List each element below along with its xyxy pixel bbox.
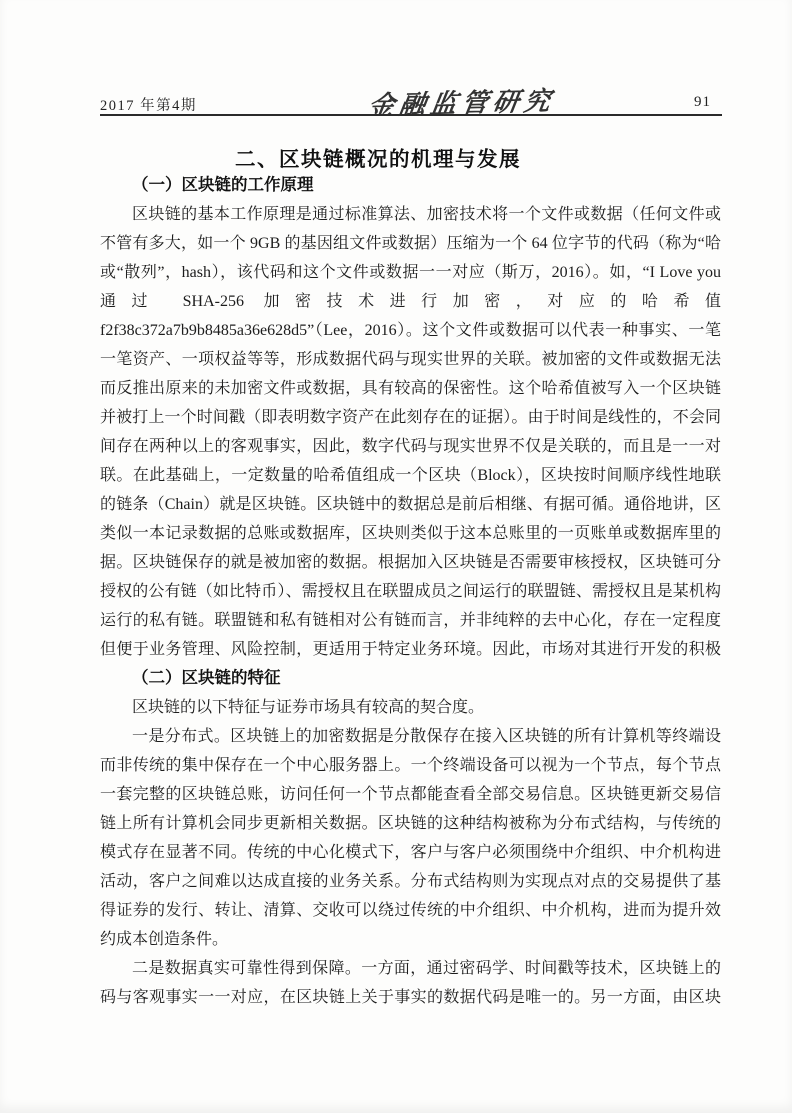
text-line: 约成本创造条件。 xyxy=(100,925,721,954)
article-body: （一）区块链的工作原理区块链的基本工作原理是通过标准算法、加密技术将一个文件或数… xyxy=(100,171,721,1012)
text-line: f2f38c372a7b9b8485a36e628d5”（Lee，2016）。这… xyxy=(100,316,721,345)
text-line: 得证券的发行、转让、清算、交收可以绕过传统的中介组织、中介机构，进而为提升效率、… xyxy=(100,896,721,925)
text-line: 不管有多大，如一个 9GB 的基因组文件或数据）压缩为一个 64 位字节的代码（… xyxy=(100,229,721,258)
text-line: 区块链的以下特征与证券市场具有较高的契合度。 xyxy=(100,693,721,722)
text-line: 而非传统的集中保存在一个中心服务器上。一个终端设备可以视为一个节点，每个节点都保… xyxy=(100,751,721,780)
text-line: 区块链的基本工作原理是通过标准算法、加密技术将一个文件或数据（任何文件或数据， xyxy=(100,200,721,229)
text-line: 并被打上一个时间戳（即表明数字资产在此刻存在的证据）。由于时间是线性的，不会同一… xyxy=(100,403,721,432)
section-title: 二、区块链概况的机理与发展 xyxy=(68,142,688,172)
text-line: 或“散列”，hash），该代码和这个文件或数据一一对应（斯万，2016）。如，“… xyxy=(100,258,721,287)
subsection-heading: （二）区块链的特征 xyxy=(100,664,721,693)
journal-page: 2017 年第4期 金融监管研究 91 二、区块链概况的机理与发展 （一）区块链… xyxy=(0,0,792,1113)
text-line: 通过 SHA-256 加密技术进行加密，对应的哈希值是“48ab675a2c36… xyxy=(100,287,721,316)
text-line: 类似一本记录数据的总账或数据库，区块则类似于这本总账里的一页账单或数据库里的一组… xyxy=(100,519,721,548)
text-line: 而反推出原来的未加密文件或数据，具有较高的保密性。这个哈希值被写入一个区块链交易… xyxy=(100,374,721,403)
text-line: 运行的私有链。联盟链和私有链相对公有链而言，并非纯粹的去中心化，存在一定程度的管… xyxy=(100,606,721,635)
text-line: 活动，客户之间难以达成直接的业务关系。分布式结构则为实现点对点的交易提供了基础，… xyxy=(100,867,721,896)
text-line: 一笔资产、一项权益等等，形成数据代码与现实世界的关联。被加密的文件或数据无法被解… xyxy=(100,345,721,374)
text-line: 的链条（Chain）就是区块链。区块链中的数据总是前后相继、有据可循。通俗地讲，… xyxy=(100,490,721,519)
header-issue-label: 2017 年第4期 xyxy=(100,94,197,115)
subsection-heading: （一）区块链的工作原理 xyxy=(100,171,721,200)
text-line: 据。区块链保存的就是被加密的数据。根据加入区块链是否需要审核授权，区块链可分为无… xyxy=(100,548,721,577)
text-line: 但便于业务管理、风险控制，更适用于特定业务环境。因此，市场对其进行开发的积极性更… xyxy=(100,635,721,664)
text-line: 联。在此基础上，一定数量的哈希值组成一个区块（Block），区块按时间顺序线性地… xyxy=(100,461,721,490)
page-number: 91 xyxy=(694,94,711,111)
header-divider-line xyxy=(100,114,722,116)
text-line: 间存在两种以上的客观事实，因此，数字代码与现实世界不仅是关联的，而且是一一对应的… xyxy=(100,432,721,461)
text-line: 码与客观事实一一对应，在区块链上关于事实的数据代码是唯一的。另一方面，由区块链上… xyxy=(100,983,721,1012)
journal-title-calligraphy: 金融监管研究 xyxy=(366,81,558,123)
text-line: 链上所有计算机会同步更新相关数据。区块链的这种结构被称为分布式结构，与传统的中心… xyxy=(100,809,721,838)
text-line: 一套完整的区块链总账，访问任何一个节点都能查看全部交易信息。区块链更新交易信息后… xyxy=(100,780,721,809)
text-line: 授权的公有链（如比特币）、需授权且在联盟成员之间运行的联盟链、需授权且是某机构内… xyxy=(100,577,721,606)
text-line: 一是分布式。区块链上的加密数据是分散保存在接入区块链的所有计算机等终端设备中， xyxy=(100,722,721,751)
text-line: 模式存在显著不同。传统的中心化模式下，客户与客户必须围绕中介组织、中介机构进行业… xyxy=(100,838,721,867)
text-line: 二是数据真实可靠性得到保障。一方面，通过密码学、时间戳等技术，区块链上的数据代 xyxy=(100,954,721,983)
